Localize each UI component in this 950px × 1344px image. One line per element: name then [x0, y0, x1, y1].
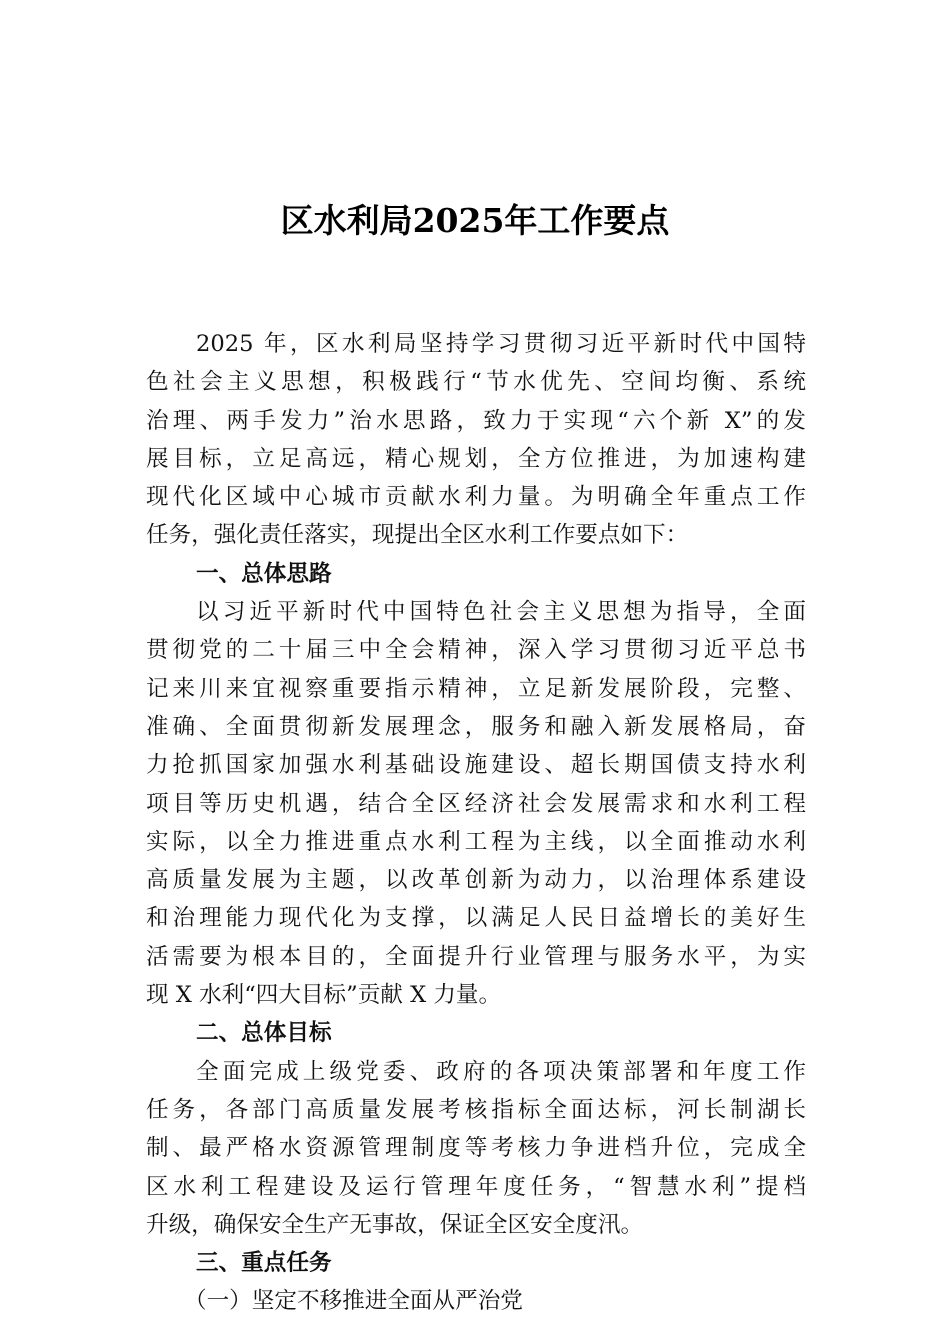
- section-heading-overall-approach: 一、总体思路: [146, 555, 806, 593]
- paragraph-line: 治理、两手发力”治水思路，致力于实现“六个新 X”的发: [146, 402, 806, 440]
- paragraph-line: 准确、全面贯彻新发展理念，服务和融入新发展格局，奋: [146, 708, 806, 746]
- paragraph-line: 记来川来宜视察重要指示精神，立足新发展阶段，完整、: [146, 670, 806, 708]
- document-title: 区水利局2025年工作要点: [0, 196, 950, 246]
- document-body: 2025 年，区水利局坚持学习贯彻习近平新时代中国特 色社会主义思想，积极践行“…: [146, 325, 806, 1321]
- intro-paragraph: 2025 年，区水利局坚持学习贯彻习近平新时代中国特 色社会主义思想，积极践行“…: [146, 325, 806, 555]
- paragraph-line: 2025 年，区水利局坚持学习贯彻习近平新时代中国特: [146, 325, 806, 363]
- paragraph-line: 任务，强化责任落实，现提出全区水利工作要点如下：: [146, 516, 806, 554]
- paragraph-line: 活需要为根本目的，全面提升行业管理与服务水平，为实: [146, 938, 806, 976]
- paragraph-line: 实际，以全力推进重点水利工程为主线，以全面推动水利: [146, 823, 806, 861]
- paragraph-line: 现 X 水利“四大目标”贡献 X 力量。: [146, 976, 806, 1014]
- section-heading-overall-goals: 二、总体目标: [146, 1014, 806, 1052]
- paragraph-line: 色社会主义思想，积极践行“节水优先、空间均衡、系统: [146, 363, 806, 401]
- paragraph-line: 项目等历史机遇，结合全区经济社会发展需求和水利工程: [146, 785, 806, 823]
- paragraph-line: 现代化区域中心城市贡献水利力量。为明确全年重点工作: [146, 478, 806, 516]
- paragraph-line: 以习近平新时代中国特色社会主义思想为指导，全面: [146, 593, 806, 631]
- document-page: 区水利局2025年工作要点 2025 年，区水利局坚持学习贯彻习近平新时代中国特…: [0, 0, 950, 1344]
- paragraph-line: 高质量发展为主题，以改革创新为动力，以治理体系建设: [146, 861, 806, 899]
- paragraph-line: 任务，各部门高质量发展考核指标全面达标，河长制湖长: [146, 1091, 806, 1129]
- paragraph-line: 贯彻党的二十届三中全会精神，深入学习贯彻习近平总书: [146, 631, 806, 669]
- paragraph-line: 升级，确保安全生产无事故，保证全区安全度汛。: [146, 1206, 806, 1244]
- section-heading-key-tasks: 三、重点任务: [146, 1244, 806, 1282]
- paragraph-line: 制、最严格水资源管理制度等考核力争进档升位，完成全: [146, 1129, 806, 1167]
- section1-paragraph: 以习近平新时代中国特色社会主义思想为指导，全面 贯彻党的二十届三中全会精神，深入…: [146, 593, 806, 1014]
- paragraph-line: 全面完成上级党委、政府的各项决策部署和年度工作: [146, 1053, 806, 1091]
- paragraph-line: 力抢抓国家加强水利基础设施建设、超长期国债支持水利: [146, 746, 806, 784]
- paragraph-line: 展目标，立足高远，精心规划，全方位推进，为加速构建: [146, 440, 806, 478]
- section2-paragraph: 全面完成上级党委、政府的各项决策部署和年度工作 任务，各部门高质量发展考核指标全…: [146, 1053, 806, 1244]
- paragraph-line: 和治理能力现代化为支撑，以满足人民日益增长的美好生: [146, 899, 806, 937]
- subsection-heading: （一）坚定不移推进全面从严治党: [146, 1282, 806, 1320]
- paragraph-line: 区水利工程建设及运行管理年度任务，“智慧水利”提档: [146, 1168, 806, 1206]
